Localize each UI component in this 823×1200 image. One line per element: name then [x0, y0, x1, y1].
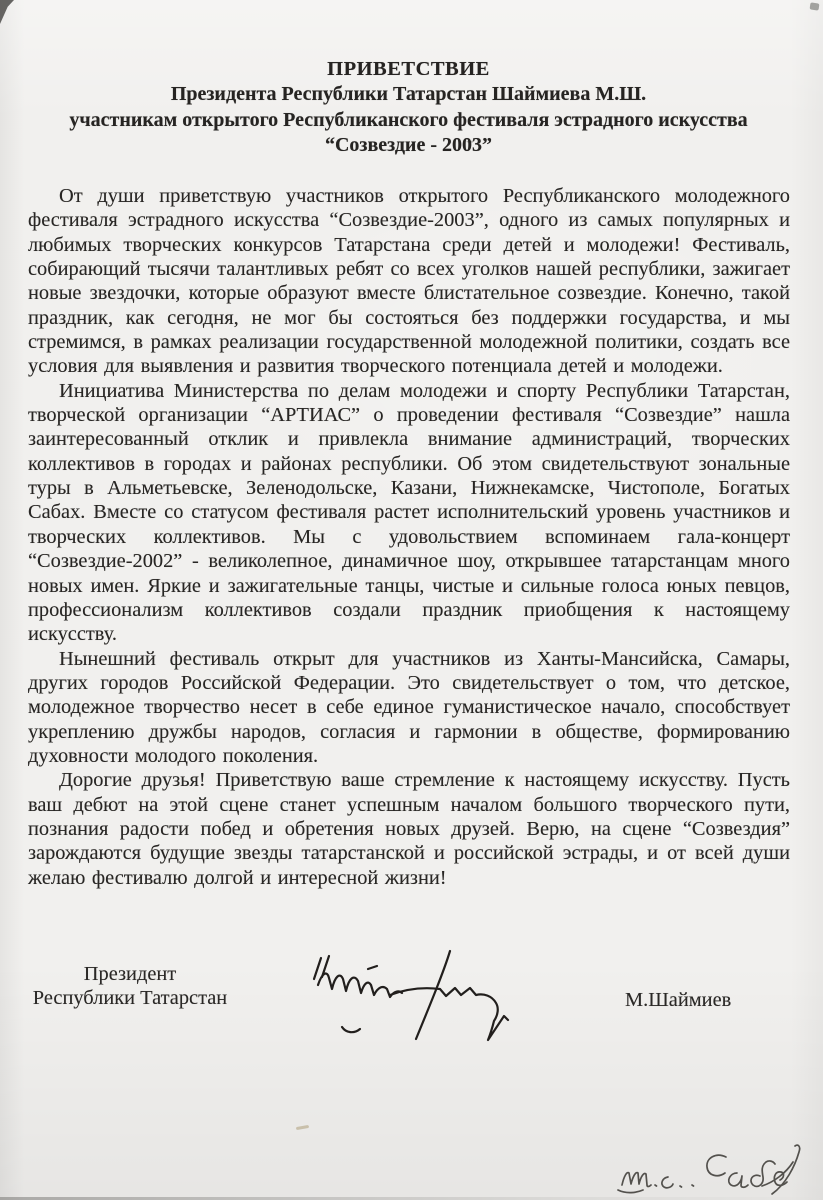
document-body: От души приветствую участников открытого… — [28, 184, 790, 890]
paragraph: Инициатива Министерства по делам молодеж… — [28, 379, 790, 647]
signoff-position-line2: Республики Татарстан — [30, 987, 230, 1011]
header-festival-name: “Созвездие - 2003” — [28, 133, 789, 158]
header-subtitle-addressee: участникам открытого Республиканского фе… — [28, 108, 789, 133]
scan-corner-artifact — [0, 0, 14, 24]
signoff-position-line1: Президент — [30, 963, 230, 987]
signoff-position: Президент Республики Татарстан — [30, 963, 230, 1011]
header-subtitle-author: Президента Республики Татарстан Шаймиева… — [28, 82, 789, 107]
paragraph: Дорогие друзья! Приветствую ваше стремле… — [28, 768, 790, 890]
document-header: ПРИВЕТСТВИЕ Президента Республики Татарс… — [28, 57, 789, 158]
document-title: ПРИВЕТСТВИЕ — [28, 57, 789, 82]
signature-ink-scribble — [298, 943, 513, 1053]
signoff-name: М.Шаймиев — [625, 989, 731, 1012]
scan-speck — [810, 2, 820, 10]
handwritten-note — [602, 1140, 802, 1200]
paragraph: От души приветствую участников открытого… — [28, 184, 790, 379]
scan-speck — [296, 1125, 309, 1130]
scanned-document-page: ПРИВЕТСТВИЕ Президента Республики Татарс… — [0, 0, 823, 1200]
paragraph: Нынешний фестиваль открыт для участников… — [28, 647, 790, 769]
